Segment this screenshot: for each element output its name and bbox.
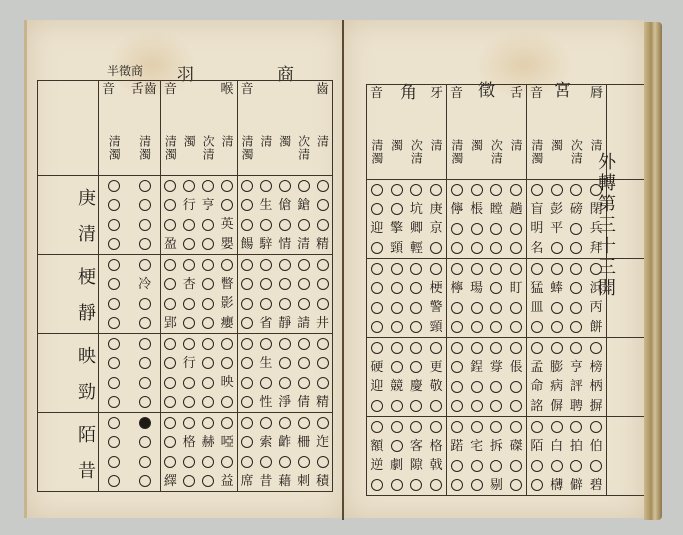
empty-circle-icon [371,282,383,294]
empty-circle-icon [221,396,233,408]
rime-char: 杏 [183,277,196,292]
empty-circle-icon [241,278,253,290]
empty-circle-icon [391,421,403,433]
rime-char: 榜 [590,360,603,375]
empty-circle-icon [139,377,151,389]
empty-circle-icon [410,361,422,373]
empty-circle-icon [202,219,214,231]
empty-circle-icon [139,317,151,329]
empty-circle-icon [410,342,422,354]
empty-circle-icon [371,302,383,314]
rime-block: 省靜請井 [237,255,332,334]
empty-circle-icon [471,460,483,472]
empty-circle-icon [317,199,329,211]
empty-circle-icon [471,184,483,196]
empty-circle-icon [531,421,543,433]
rime-char: 命 [530,379,543,394]
empty-circle-icon [317,377,329,389]
rime-block: 冷 [99,255,161,334]
empty-circle-icon [183,475,195,487]
empty-circle-icon [139,219,151,231]
empty-circle-icon [298,298,310,310]
empty-circle-icon [471,381,483,393]
empty-circle-icon [260,278,272,290]
empty-circle-icon [298,338,310,350]
empty-circle-icon [164,357,176,369]
rime-char: 冷 [138,277,151,292]
rime-char: 病 [550,379,563,394]
empty-circle-icon [164,417,176,429]
rime-char: 生 [259,198,272,213]
column-group: 音舌齒清濁清濁 [99,81,161,176]
rime-char: 昔 [259,474,272,489]
rime-block: 行亨英盈嬰 [160,176,237,255]
column-group: 音齒清濁清濁次清清 [237,81,332,176]
rime-char: 戟 [430,458,443,473]
open-book: 半徵商 羽 商 音舌齒清濁清濁音喉清濁濁次清清音齒清濁清濁次清清庚 清行亨英盈嬰… [24,20,662,520]
empty-circle-icon [298,357,310,369]
rime-char: 欂 [550,478,563,493]
rime-char: 京 [430,221,443,236]
rime-char: 坑 [410,202,423,217]
rime-char: 磅 [570,202,583,217]
empty-circle-icon [391,342,403,354]
rime-char: 拆 [490,439,503,454]
rime-block: 儜棖瞠趟 [447,180,527,259]
empty-circle-icon [317,417,329,429]
rime-char: 席 [240,474,253,489]
empty-circle-icon [510,223,522,235]
empty-circle-icon [241,317,253,329]
column-label: 次清 [569,139,583,179]
empty-circle-icon [108,259,120,271]
rime-block [99,176,161,255]
rime-char: 井 [316,316,329,331]
empty-circle-icon [298,219,310,231]
rime-char: 儜 [450,202,463,217]
rime-char: 劇 [390,458,403,473]
empty-circle-icon [183,219,195,231]
rime-char: 陌 [530,439,543,454]
empty-circle-icon [317,456,329,468]
empty-circle-icon [391,282,403,294]
rhyme-label: 映 勁 [38,334,99,413]
empty-circle-icon [391,302,403,314]
empty-circle-icon [202,259,214,271]
empty-circle-icon [410,302,422,314]
empty-circle-icon [260,180,272,192]
rime-char: 嬰 [221,237,234,252]
rime-char: 庚 [430,202,443,217]
empty-circle-icon [451,361,463,373]
empty-circle-icon [551,460,563,472]
empty-circle-icon [391,440,403,452]
empty-circle-icon [570,242,582,254]
rime-char: 瑒 [470,281,483,296]
rime-char: 更 [430,360,443,375]
empty-circle-icon [490,223,502,235]
empty-circle-icon [570,460,582,472]
empty-circle-icon [551,263,563,275]
empty-circle-icon [221,180,233,192]
rime-char: 性 [259,395,272,410]
empty-circle-icon [164,396,176,408]
empty-circle-icon [551,242,563,254]
empty-circle-icon [531,342,543,354]
rime-char: 藉 [278,474,291,489]
rime-char: 名 [530,241,543,256]
empty-circle-icon [551,184,563,196]
empty-circle-icon [202,456,214,468]
rime-char: 餳 [240,237,253,252]
empty-circle-icon [139,180,151,192]
empty-circle-icon [371,263,383,275]
rime-char: 影 [221,296,234,311]
empty-circle-icon [202,338,214,350]
rime-char: 頸 [430,320,443,335]
empty-circle-icon [510,479,522,491]
empty-circle-icon [202,298,214,310]
empty-circle-icon [430,400,442,412]
empty-circle-icon [391,361,403,373]
empty-circle-icon [139,259,151,271]
rime-char: 柵 [297,435,310,450]
rime-char: 柄 [590,379,603,394]
empty-circle-icon [410,400,422,412]
rime-block: 行映 [160,334,237,413]
rime-char: 拍 [570,439,583,454]
empty-circle-icon [471,321,483,333]
empty-circle-icon [490,400,502,412]
column-label: 清濁 [370,139,384,179]
empty-circle-icon [570,184,582,196]
column-label: 清 [316,135,330,175]
empty-circle-icon [221,259,233,271]
rime-char: 警 [430,300,443,315]
rime-char: 迎 [370,221,383,236]
empty-circle-icon [202,417,214,429]
empty-circle-icon [279,357,291,369]
empty-circle-icon [260,456,272,468]
empty-circle-icon [108,317,120,329]
empty-circle-icon [164,338,176,350]
rime-block: 梗警頸 [367,259,447,338]
column-label: 次清 [489,139,503,179]
empty-circle-icon [531,263,543,275]
empty-circle-icon [298,377,310,389]
empty-circle-icon [241,199,253,211]
empty-circle-icon [241,357,253,369]
rime-char: 詺 [530,399,543,414]
rime-char: 碧 [590,478,603,493]
empty-circle-icon [490,242,502,254]
empty-circle-icon [164,199,176,211]
rime-char: 啞 [221,435,234,450]
empty-circle-icon [430,342,442,354]
rime-char: 積 [316,474,329,489]
rime-block [99,413,161,492]
empty-circle-icon [410,184,422,196]
empty-circle-icon [260,298,272,310]
empty-circle-icon [391,263,403,275]
rime-char: 行 [183,198,196,213]
empty-circle-icon [183,338,195,350]
empty-circle-icon [490,282,502,294]
empty-circle-icon [183,417,195,429]
rime-char: 格 [430,439,443,454]
empty-circle-icon [430,263,442,275]
rime-char: 皿 [530,300,543,315]
empty-circle-icon [317,180,329,192]
empty-circle-icon [490,381,502,393]
rime-char: 卿 [410,221,423,236]
column-label: 清濁 [107,135,121,175]
empty-circle-icon [139,396,151,408]
empty-circle-icon [510,263,522,275]
rhyme-label: 梗 靜 [38,255,99,334]
empty-circle-icon [139,238,151,250]
rime-block [99,334,161,413]
page-edges [644,22,662,520]
empty-circle-icon [317,357,329,369]
empty-circle-icon [202,238,214,250]
empty-circle-icon [317,219,329,231]
rime-char: 繹 [164,474,177,489]
rime-char: 映 [221,375,234,390]
empty-circle-icon [164,219,176,231]
rime-block: 杏瞥影郢癭 [160,255,237,334]
empty-circle-icon [298,278,310,290]
empty-circle-icon [183,396,195,408]
rime-block: 檸瑒盯 [447,259,527,338]
empty-circle-icon [570,263,582,275]
column-label: 次清 [201,135,215,175]
empty-circle-icon [108,219,120,231]
rime-char: 蹃 [450,439,463,454]
empty-circle-icon [551,421,563,433]
empty-circle-icon [570,282,582,294]
empty-circle-icon [260,338,272,350]
rime-char: 宅 [470,439,483,454]
rime-char: 偋 [550,399,563,414]
empty-circle-icon [510,242,522,254]
rime-char: 平 [550,221,563,236]
empty-circle-icon [279,278,291,290]
empty-circle-icon [279,377,291,389]
empty-circle-icon [183,317,195,329]
empty-circle-icon [241,377,253,389]
empty-circle-icon [490,460,502,472]
empty-circle-icon [451,460,463,472]
rime-char: 彭 [550,202,563,217]
rime-char: 清 [297,237,310,252]
rime-char: 客 [410,439,423,454]
column-label: 清 [429,139,443,179]
rime-char: 倀 [510,360,523,375]
empty-circle-icon [570,223,582,235]
rime-char: 精 [316,237,329,252]
rime-char: 擎 [390,221,403,236]
filled-circle-icon [139,417,151,429]
rime-block: 蹃宅拆磔剔 [447,417,527,496]
tone-block: 硬更迎競慶敬鋥牚倀孟膨亨榜命病評柄詺偋聘摒 [367,338,646,417]
rime-char: 餅 [590,320,603,335]
empty-circle-icon [551,302,563,314]
empty-circle-icon [183,259,195,271]
rime-char: 輕 [410,241,423,256]
empty-circle-icon [298,180,310,192]
tone-block: 庚 清行亨英盈嬰生傖鎗餳騂情清精 [38,176,333,255]
empty-circle-icon [490,321,502,333]
empty-circle-icon [451,223,463,235]
empty-circle-icon [139,357,151,369]
empty-circle-icon [371,242,383,254]
empty-circle-icon [531,184,543,196]
empty-circle-icon [551,321,563,333]
rime-char: 郢 [164,316,177,331]
empty-circle-icon [139,338,151,350]
empty-circle-icon [241,219,253,231]
label-header [38,81,99,176]
empty-circle-icon [317,259,329,271]
column-label: 次清 [409,139,423,179]
empty-circle-icon [202,396,214,408]
empty-circle-icon [570,421,582,433]
empty-circle-icon [430,479,442,491]
empty-circle-icon [221,456,233,468]
empty-circle-icon [241,396,253,408]
empty-circle-icon [430,184,442,196]
rime-char: 摒 [590,399,603,414]
left-page: 半徵商 羽 商 音舌齒清濁清濁音喉清濁濁次清清音齒清濁清濁次清清庚 清行亨英盈嬰… [24,20,345,518]
empty-circle-icon [317,278,329,290]
empty-circle-icon [108,417,120,429]
empty-circle-icon [108,238,120,250]
column-label: 清濁 [163,135,177,175]
rime-char: 棖 [470,202,483,217]
empty-circle-icon [164,456,176,468]
rime-char: 齚 [278,435,291,450]
empty-circle-icon [510,184,522,196]
empty-circle-icon [490,342,502,354]
empty-circle-icon [279,180,291,192]
empty-circle-icon [108,180,120,192]
empty-circle-icon [108,377,120,389]
empty-circle-icon [531,479,543,491]
empty-circle-icon [410,321,422,333]
empty-circle-icon [139,298,151,310]
column-group: 音喉清濁濁次清清 [160,81,237,176]
rime-char: 猛 [530,281,543,296]
empty-circle-icon [108,338,120,350]
rime-char: 磔 [510,439,523,454]
empty-circle-icon [451,421,463,433]
rime-char: 鋥 [470,360,483,375]
rime-char: 慶 [410,379,423,394]
chart-title: 外轉第三十三開 [592,152,618,299]
rime-char: 頸 [390,241,403,256]
empty-circle-icon [279,456,291,468]
rime-char: 伯 [590,439,603,454]
rime-char: 益 [221,474,234,489]
empty-circle-icon [139,456,151,468]
rime-char: 聘 [570,399,583,414]
empty-circle-icon [391,400,403,412]
rime-char: 盯 [510,281,523,296]
rime-char: 格 [183,435,196,450]
empty-circle-icon [298,259,310,271]
rime-char: 迮 [316,435,329,450]
rime-block: 額客格逆劇隙戟 [367,417,447,496]
rime-char: 明 [530,221,543,236]
empty-circle-icon [510,302,522,314]
column-group: 音舌清濁濁次清清 [447,85,527,180]
empty-circle-icon [221,338,233,350]
tone-block: 梗 靜冷杏瞥影郢癭省靜請井 [38,255,333,334]
empty-circle-icon [221,199,233,211]
rime-block: 硬更迎競慶敬 [367,338,447,417]
empty-circle-icon [371,321,383,333]
empty-circle-icon [279,338,291,350]
empty-circle-icon [471,421,483,433]
rime-char: 膨 [550,360,563,375]
rime-char: 鎗 [297,198,310,213]
empty-circle-icon [279,298,291,310]
empty-circle-icon [298,417,310,429]
empty-circle-icon [371,342,383,354]
empty-circle-icon [108,475,120,487]
empty-circle-icon [410,421,422,433]
rime-char: 騂 [259,237,272,252]
empty-circle-icon [108,456,120,468]
rime-block: 陌白拍伯欂僻碧 [527,417,607,496]
rime-char: 亨 [202,198,215,213]
tone-block: 映 勁行映生性淨倩精 [38,334,333,413]
empty-circle-icon [221,417,233,429]
tone-header: 半徵商 [107,62,143,79]
empty-circle-icon [202,475,214,487]
rime-char: 赫 [202,435,215,450]
empty-circle-icon [183,180,195,192]
rime-char: 隙 [410,458,423,473]
empty-circle-icon [202,357,214,369]
empty-circle-icon [183,298,195,310]
empty-circle-icon [108,436,120,448]
empty-circle-icon [510,381,522,393]
empty-circle-icon [471,342,483,354]
rime-block: 格赫啞繹益 [160,413,237,492]
rime-char: 英 [221,217,234,232]
rime-char: 生 [259,356,272,371]
rime-char: 盲 [530,202,543,217]
empty-circle-icon [391,321,403,333]
empty-circle-icon [202,278,214,290]
empty-circle-icon [260,377,272,389]
empty-circle-icon [164,278,176,290]
empty-circle-icon [391,184,403,196]
rime-char: 行 [183,356,196,371]
rime-block: 生傖鎗餳騂情清精 [237,176,332,255]
empty-circle-icon [279,219,291,231]
rime-char: 癭 [221,316,234,331]
empty-circle-icon [451,381,463,393]
empty-circle-icon [241,298,253,310]
empty-circle-icon [371,400,383,412]
column-label: 清濁 [240,135,254,175]
empty-circle-icon [430,421,442,433]
right-page: 角 徵 宮 音牙清濁濁次清清音舌清濁濁次清清音脣清濁濁次清清坑庚迎擎卿京頸輕儜棖… [344,20,644,518]
tone-block: 額客格逆劇隙戟蹃宅拆磔剔陌白拍伯欂僻碧 [367,417,646,496]
